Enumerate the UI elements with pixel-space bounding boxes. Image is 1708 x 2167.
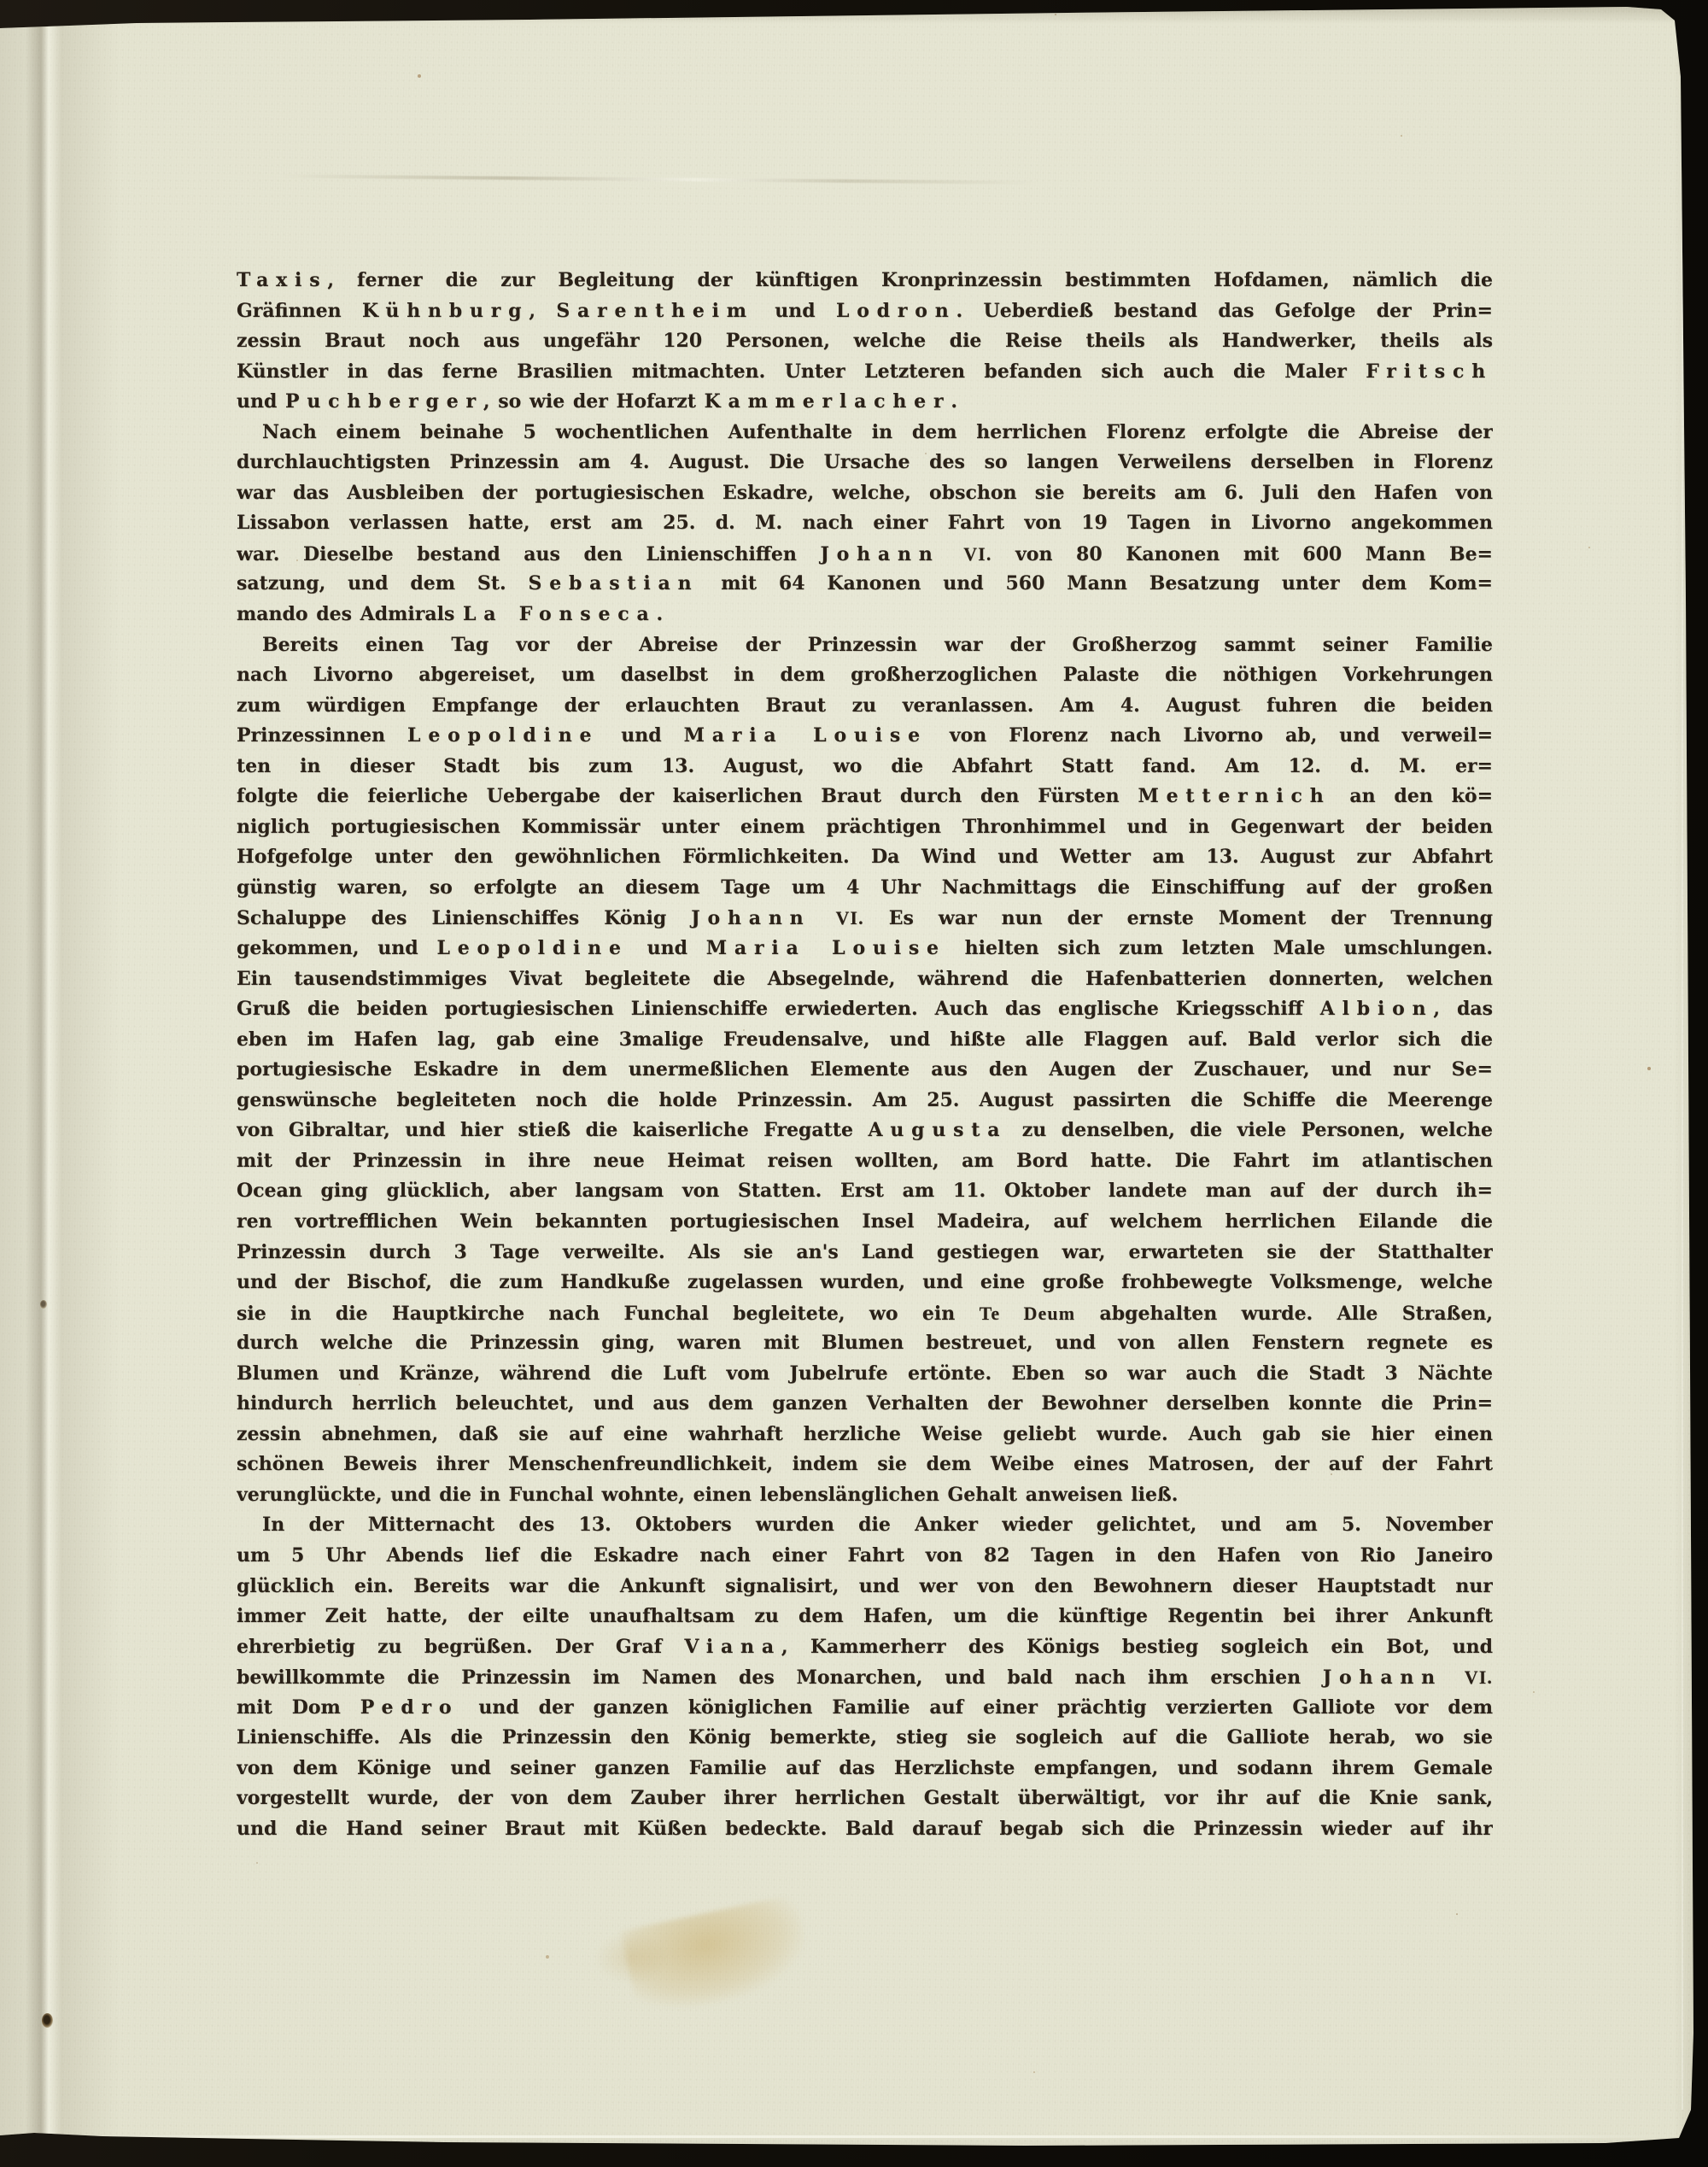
text-run: zessin abnehmen, daß sie auf eine wahrha… [237,1423,1493,1445]
text-run: Ein tausendstimmiges Vivat begleitete di… [237,968,1493,990]
text-line: durch welche die Prinzessin ging, waren … [237,1328,1493,1359]
text-line: und der Bischof, die zum Handkuße zugela… [237,1268,1493,1298]
text-line: immer Zeit hatte, der eilte unaufhaltsam… [237,1602,1493,1632]
stain [594,1932,667,1983]
text-line: hindurch herrlich beleuchtet, und aus de… [237,1389,1493,1420]
text-run: Johann [691,907,810,929]
text-line: ren vortrefflichen Wein bekannten portug… [237,1207,1493,1238]
text-run: Gräfinnen [237,300,362,322]
text-line: Prinzessin durch 3 Tage verweilte. Als s… [237,1238,1493,1268]
text-run: Kühnburg [362,300,529,322]
text-run: , das [1433,998,1493,1020]
text-line: nach Livorno abgereiset, um daselbst in … [237,660,1493,691]
text-run: ren vortrefflichen Wein bekannten portug… [237,1210,1493,1233]
text-run: . Ueberdieß bestand das Gefolge der Prin… [956,300,1493,322]
text-run: Prinzessin durch 3 Tage verweilte. Als s… [237,1241,1493,1263]
text-run: Johann [820,543,939,565]
page-edge-highlight [51,2135,1665,2138]
text-run: Bereits einen Tag vor der Abreise der Pr… [262,634,1493,656]
text-run: Es war nun der ernste Moment der Trennun… [864,907,1493,929]
text-run: von Florenz nach Livorno ab, und verweil… [927,724,1493,747]
text-run: schönen Beweis ihrer Menschenfreundlichk… [237,1453,1493,1475]
paper-specks [0,0,2,2]
text-run: folgte die feierliche Uebergabe der kais… [237,785,1138,807]
text-run: Kammerlacher [705,390,951,413]
text-line: In der Mitternacht des 13. Oktobers wurd… [237,1510,1493,1541]
text-run: zum würdigen Empfange der erlauchten Bra… [237,694,1493,717]
text-run: und [599,724,683,747]
text-run: gekommen, und [237,937,436,959]
text-run: Taxis [237,269,327,291]
text-line: niglich portugiesischen Kommissär unter … [237,812,1493,843]
text-run: Maria Louise [706,937,946,959]
text-run: ehrerbietig zu begrüßen. Der Graf [237,1636,684,1658]
text-line: Nach einem beinahe 5 wochentlichen Aufen… [237,418,1493,448]
text-run: Künstler in das ferne Brasilien mitmacht… [237,360,1366,383]
text-run: zessin Braut noch aus ungefähr 120 Perso… [237,330,1493,352]
text-line: folgte die feierliche Uebergabe der kais… [237,782,1493,812]
text-line: zum würdigen Empfange der erlauchten Bra… [237,691,1493,722]
page-paper: Taxis, ferner die zur Begleitung der kün… [0,0,1708,2167]
text-run: VI. [835,907,863,928]
paper-crease [282,174,1033,184]
text-line: sie in die Hauptkirche nach Funchal begl… [237,1298,1493,1329]
text-run: VI. [1465,1666,1493,1688]
text-run: Te Deum [980,1303,1076,1324]
text-run: hindurch herrlich beleuchtet, und aus de… [237,1392,1493,1414]
text-run: portugiesische Eskadre in dem unermeßlic… [237,1058,1493,1081]
text-run: eben im Hafen lag, gab eine 3malige Freu… [237,1028,1493,1051]
text-line: eben im Hafen lag, gab eine 3malige Freu… [237,1025,1493,1056]
text-run: Prinzessinnen [237,724,407,747]
text-run: mit 64 Kanonen und 560 Mann Besatzung un… [699,572,1493,594]
text-run: hielten sich zum letzten Male umschlunge… [946,937,1493,959]
text-run: Linienschiffe. Als die Prinzessin den Kö… [237,1726,1493,1748]
text-run: Johann [1323,1666,1442,1689]
text-run [810,907,835,929]
text-run: und [754,300,836,322]
text-run: ten in dieser Stadt bis zum 13. August, … [237,755,1493,777]
text-run: In der Mitternacht des 13. Oktobers wurd… [262,1514,1493,1536]
text-run: glücklich ein. Bereits war die Ankunft s… [237,1575,1493,1597]
text-run: von Gibraltar, und hier stieß die kaiser… [237,1119,868,1141]
text-line: verunglückte, und die in Funchal wohnte,… [237,1480,1493,1511]
text-run: von dem Könige und seiner ganzen Familie… [237,1757,1493,1779]
text-line: Gruß die beiden portugiesischen Liniensc… [237,994,1493,1025]
gutter-crease [0,0,120,2167]
text-line: günstig waren, so erfolgte an diesem Tag… [237,873,1493,904]
text-run: genswünsche begleiteten noch die holde P… [237,1089,1493,1111]
text-run: . [951,390,957,413]
text-run: war. Dieselbe bestand aus den Linienschi… [237,543,820,565]
text-run: von 80 Kanonen mit 600 Mann Be= [991,543,1493,565]
text-line: Prinzessinnen Leopoldine und Maria Louis… [237,721,1493,752]
text-run: Hofgefolge unter den gewöhnlichen Förmli… [237,846,1493,868]
text-line: von Gibraltar, und hier stieß die kaiser… [237,1116,1493,1146]
text-run: Nach einem beinahe 5 wochentlichen Aufen… [262,421,1493,443]
text-line: und die Hand seiner Braut mit Küßen bede… [237,1814,1493,1845]
text-run: , ferner die zur Begleitung der künftige… [327,269,1493,291]
text-run: durch welche die Prinzessin ging, waren … [237,1332,1493,1354]
text-line: durchlauchtigsten Prinzessin am 4. Augus… [237,448,1493,478]
text-run: Leopoldine [407,724,599,747]
text-line: von dem Könige und seiner ganzen Familie… [237,1754,1493,1784]
text-run: , so wie der Hofarzt [483,390,705,413]
text-block: Taxis, ferner die zur Begleitung der kün… [237,266,1493,1844]
text-line: Bereits einen Tag vor der Abreise der Pr… [237,630,1493,661]
binding-hole [42,2013,53,2028]
stain [620,1894,814,2018]
text-run: , [529,300,556,322]
text-line: bewillkommte die Prinzessin im Namen des… [237,1662,1493,1693]
text-run: nach Livorno abgereiset, um daselbst in … [237,664,1493,686]
text-line: satzung, und dem St. Sebastian mit 64 Ka… [237,569,1493,600]
text-run: und die Hand seiner Braut mit Küßen bede… [237,1818,1493,1840]
binding-hole [40,1300,47,1309]
text-run [940,543,964,565]
text-run: und der ganzen königlichen Familie auf e… [459,1696,1493,1719]
text-line: mit Dom Pedro und der ganzen königlichen… [237,1693,1493,1724]
text-run: , Kammerherr des Königs bestieg sogleich… [781,1636,1493,1658]
text-run: Pedro [360,1696,459,1719]
text-run: Sebastian [529,572,699,594]
text-line: ten in dieser Stadt bis zum 13. August, … [237,752,1493,782]
text-run: Viana [684,1636,781,1658]
text-line: Taxis, ferner die zur Begleitung der kün… [237,266,1493,296]
text-run: Leopoldine [436,937,628,959]
text-run: Lodron [836,300,956,322]
text-run: um 5 Uhr Abends lief die Eskadre nach ei… [237,1544,1493,1567]
book-scan: { "document": { "type": "book-page-scan"… [0,0,1708,2167]
text-run [1442,1666,1465,1689]
text-run: mit Dom [237,1696,360,1719]
text-line: zessin abnehmen, daß sie auf eine wahrha… [237,1420,1493,1450]
text-line: ehrerbietig zu begrüßen. Der Graf Viana,… [237,1632,1493,1663]
text-run: Ocean ging glücklich, aber langsam von S… [237,1180,1493,1202]
text-line: genswünsche begleiteten noch die holde P… [237,1086,1493,1116]
text-run: mando des Admirals [237,603,463,625]
text-line: mit der Prinzessin in ihre neue Heimat r… [237,1146,1493,1177]
text-line: und Puchberger, so wie der Hofarzt Kamme… [237,387,1493,418]
text-run: günstig waren, so erfolgte an diesem Tag… [237,876,1493,899]
text-run: Augusta [868,1119,1007,1141]
text-run: La Fonseca [463,603,657,625]
text-line: vorgestellt wurde, der von dem Zauber ih… [237,1783,1493,1814]
text-run: niglich portugiesischen Kommissär unter … [237,816,1493,838]
text-run: und der Bischof, die zum Handkuße zugela… [237,1271,1493,1293]
text-run: verunglückte, und die in Funchal wohnte,… [237,1484,1178,1506]
text-run: bewillkommte die Prinzessin im Namen des… [237,1666,1323,1689]
text-line: Lissabon verlassen hatte, erst am 25. d.… [237,508,1493,539]
text-run: durchlauchtigsten Prinzessin am 4. Augus… [237,451,1493,473]
text-line: schönen Beweis ihrer Menschenfreundlichk… [237,1450,1493,1480]
text-line: Ein tausendstimmiges Vivat begleitete di… [237,964,1493,995]
text-run: Puchberger [285,390,483,413]
text-run: Albion [1320,998,1434,1020]
text-run: VI. [963,543,991,565]
text-run: und [237,390,285,413]
text-line: gekommen, und Leopoldine und Maria Louis… [237,934,1493,964]
text-run: vorgestellt wurde, der von dem Zauber ih… [237,1787,1493,1809]
text-run: Blumen und Kränze, während die Luft vom … [237,1362,1493,1385]
text-run: Fritsch [1366,360,1493,383]
text-line: Linienschiffe. Als die Prinzessin den Kö… [237,1723,1493,1754]
text-line: Hofgefolge unter den gewöhnlichen Förmli… [237,842,1493,873]
text-line: mando des Admirals La Fonseca. [237,600,1493,630]
text-line: portugiesische Eskadre in dem unermeßlic… [237,1055,1493,1086]
page-edge-highlight [1682,34,1683,2110]
text-run: Schaluppe des Linienschiffes König [237,907,691,929]
text-run: Maria Louise [684,724,927,747]
text-run: mit der Prinzessin in ihre neue Heimat r… [237,1150,1493,1172]
text-run: Metternich [1138,785,1331,807]
text-line: glücklich ein. Bereits war die Ankunft s… [237,1572,1493,1602]
text-run: Sarentheim [556,300,754,322]
text-run: war das Ausbleiben der portugiesischen E… [237,482,1493,504]
text-line: Künstler in das ferne Brasilien mitmacht… [237,357,1493,388]
text-run: Lissabon verlassen hatte, erst am 25. d.… [237,512,1493,534]
text-line: war. Dieselbe bestand aus den Linienschi… [237,539,1493,570]
text-run: satzung, und dem St. [237,572,529,594]
text-line: um 5 Uhr Abends lief die Eskadre nach ei… [237,1541,1493,1572]
text-line: war das Ausbleiben der portugiesischen E… [237,478,1493,509]
text-line: Schaluppe des Linienschiffes König Johan… [237,903,1493,934]
text-run: immer Zeit hatte, der eilte unaufhaltsam… [237,1605,1493,1627]
text-run: an den kö= [1331,785,1494,807]
text-run: abgehalten wurde. Alle Straßen, [1075,1303,1493,1325]
text-line: zessin Braut noch aus ungefähr 120 Perso… [237,326,1493,357]
text-line: Ocean ging glücklich, aber langsam von S… [237,1176,1493,1207]
text-run: und [629,937,706,959]
text-run: . [657,603,664,625]
text-line: Gräfinnen Kühnburg, Sarentheim und Lodro… [237,296,1493,327]
text-run: Gruß die beiden portugiesischen Liniensc… [237,998,1320,1020]
text-run: sie in die Hauptkirche nach Funchal begl… [237,1303,980,1325]
text-line: Blumen und Kränze, während die Luft vom … [237,1359,1493,1390]
text-run: zu denselben, die viele Personen, welche [1007,1119,1493,1141]
